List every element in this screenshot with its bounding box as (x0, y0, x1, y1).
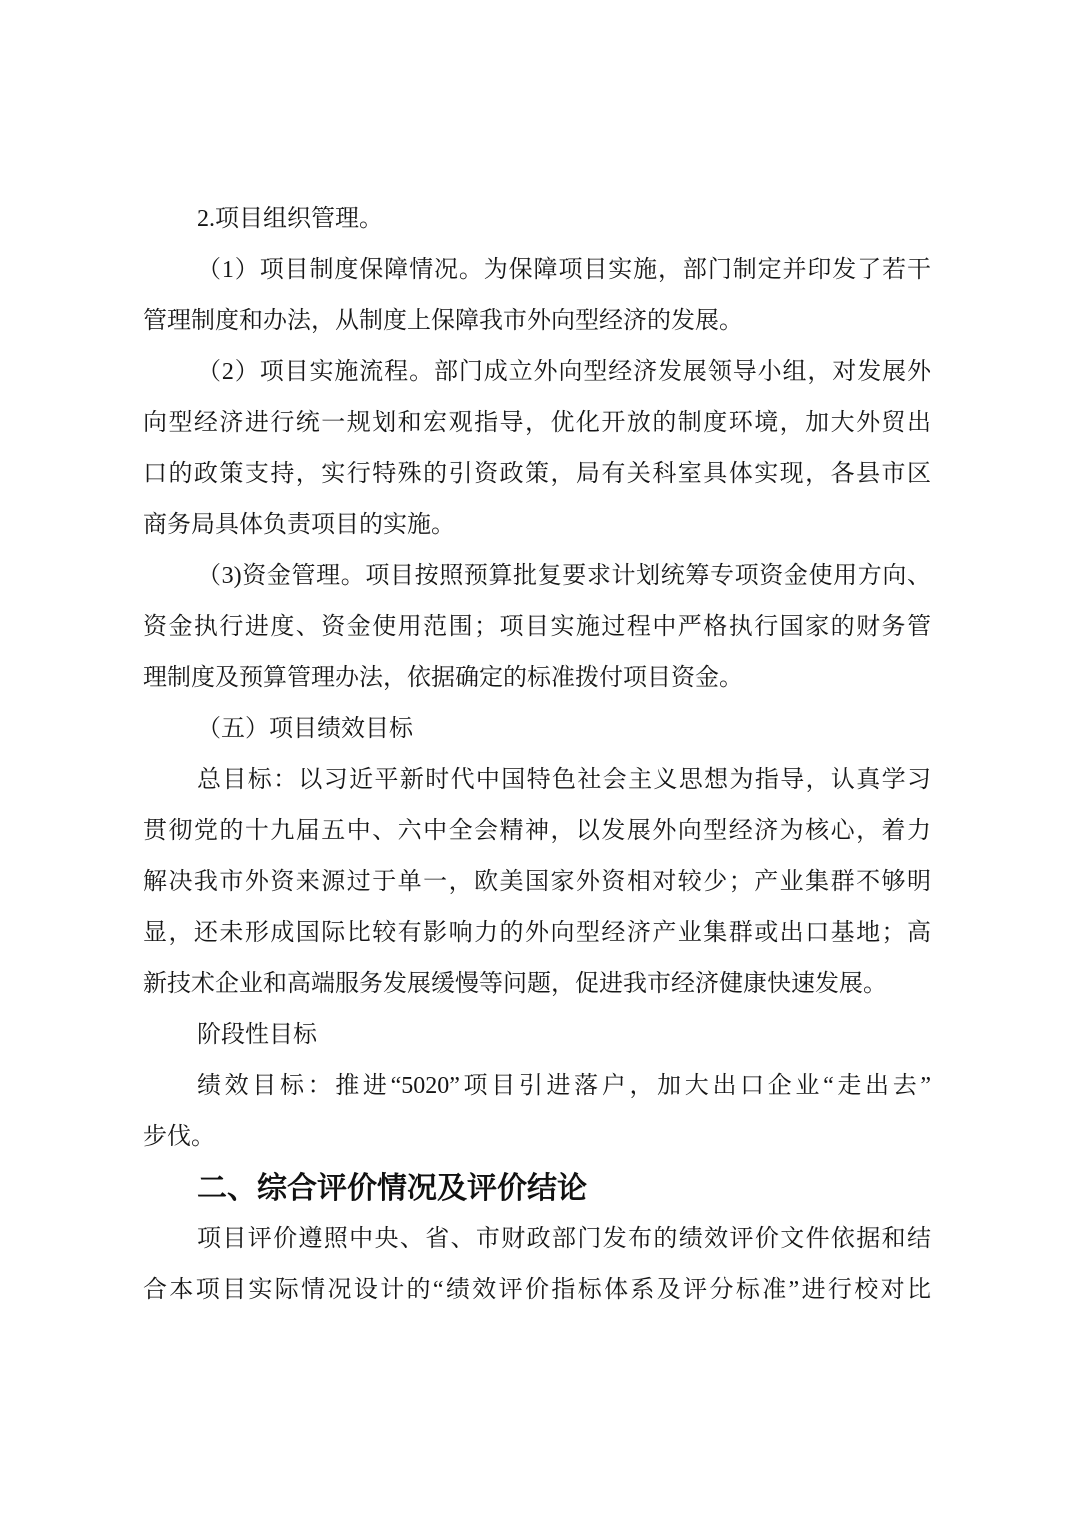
paragraph-institution-guarantee: （1）项目制度保障情况。为保障项目实施，部门制定并印发了若干 管理制度和办法，从… (143, 245, 931, 347)
paragraph-numbered-item: 2.项目组织管理。 (143, 194, 931, 245)
text-line: 合本项目实际情况设计的“绩效评价指标体系及评分标准”进行校对比 (143, 1265, 931, 1316)
sub-heading-performance-target: （五）项目绩效目标 (143, 704, 931, 755)
paragraph-evaluation-basis: 项目评价遵照中央、省、市财政部门发布的绩效评价文件依据和结 合本项目实际情况设计… (143, 1214, 931, 1316)
text-line: 新技术企业和高端服务发展缓慢等问题，促进我市经济健康快速发展。 (143, 959, 931, 1010)
text-line: 贯彻党的十九届五中、六中全会精神，以发展外向型经济为核心，着力 (143, 806, 931, 857)
text-line: 阶段性目标 (143, 1010, 931, 1061)
text-line: （2）项目实施流程。部门成立外向型经济发展领导小组，对发展外 (143, 347, 931, 398)
paragraph-performance-goal: 绩效目标：推进“5020”项目引进落户，加大出口企业“走出去” 步伐。 (143, 1061, 931, 1163)
text-line: 资金执行进度、资金使用范围；项目实施过程中严格执行国家的财务管 (143, 602, 931, 653)
section-heading-evaluation: 二、综合评价情况及评价结论 (143, 1163, 931, 1214)
text-line: 步伐。 (143, 1112, 931, 1163)
text-line: 解决我市外资来源过于单一，欧美国家外资相对较少；产业集群不够明 (143, 857, 931, 908)
document-page: 2.项目组织管理。 （1）项目制度保障情况。为保障项目实施，部门制定并印发了若干… (0, 0, 1074, 1520)
text-line: 总目标：以习近平新时代中国特色社会主义思想为指导，认真学习 (143, 755, 931, 806)
paragraph-stage-target: 阶段性目标 (143, 1010, 931, 1061)
text-line: 显，还未形成国际比较有影响力的外向型经济产业集群或出口基地；高 (143, 908, 931, 959)
text-line: 向型经济进行统一规划和宏观指导，优化开放的制度环境，加大外贸出 (143, 398, 931, 449)
section-heading-text: 二、综合评价情况及评价结论 (143, 1163, 931, 1214)
paragraph-fund-management: （3)资金管理。项目按照预算批复要求计划统筹专项资金使用方向、 资金执行进度、资… (143, 551, 931, 704)
text-line: （3)资金管理。项目按照预算批复要求计划统筹专项资金使用方向、 (143, 551, 931, 602)
text-line: 项目评价遵照中央、省、市财政部门发布的绩效评价文件依据和结 (143, 1214, 931, 1265)
text-line: 管理制度和办法，从制度上保障我市外向型经济的发展。 (143, 296, 931, 347)
document-text-block: 2.项目组织管理。 （1）项目制度保障情况。为保障项目实施，部门制定并印发了若干… (143, 194, 931, 1316)
text-line: 口的政策支持，实行特殊的引资政策，局有关科室具体实现，各县市区 (143, 449, 931, 500)
paragraph-overall-target: 总目标：以习近平新时代中国特色社会主义思想为指导，认真学习 贯彻党的十九届五中、… (143, 755, 931, 1010)
text-line: （1）项目制度保障情况。为保障项目实施，部门制定并印发了若干 (143, 245, 931, 296)
text-line: 理制度及预算管理办法，依据确定的标准拨付项目资金。 (143, 653, 931, 704)
paragraph-implementation-process: （2）项目实施流程。部门成立外向型经济发展领导小组，对发展外 向型经济进行统一规… (143, 347, 931, 551)
text-line: 2.项目组织管理。 (143, 194, 931, 245)
text-line: 绩效目标：推进“5020”项目引进落户，加大出口企业“走出去” (143, 1061, 931, 1112)
text-line: （五）项目绩效目标 (143, 704, 931, 755)
text-line: 商务局具体负责项目的实施。 (143, 500, 931, 551)
